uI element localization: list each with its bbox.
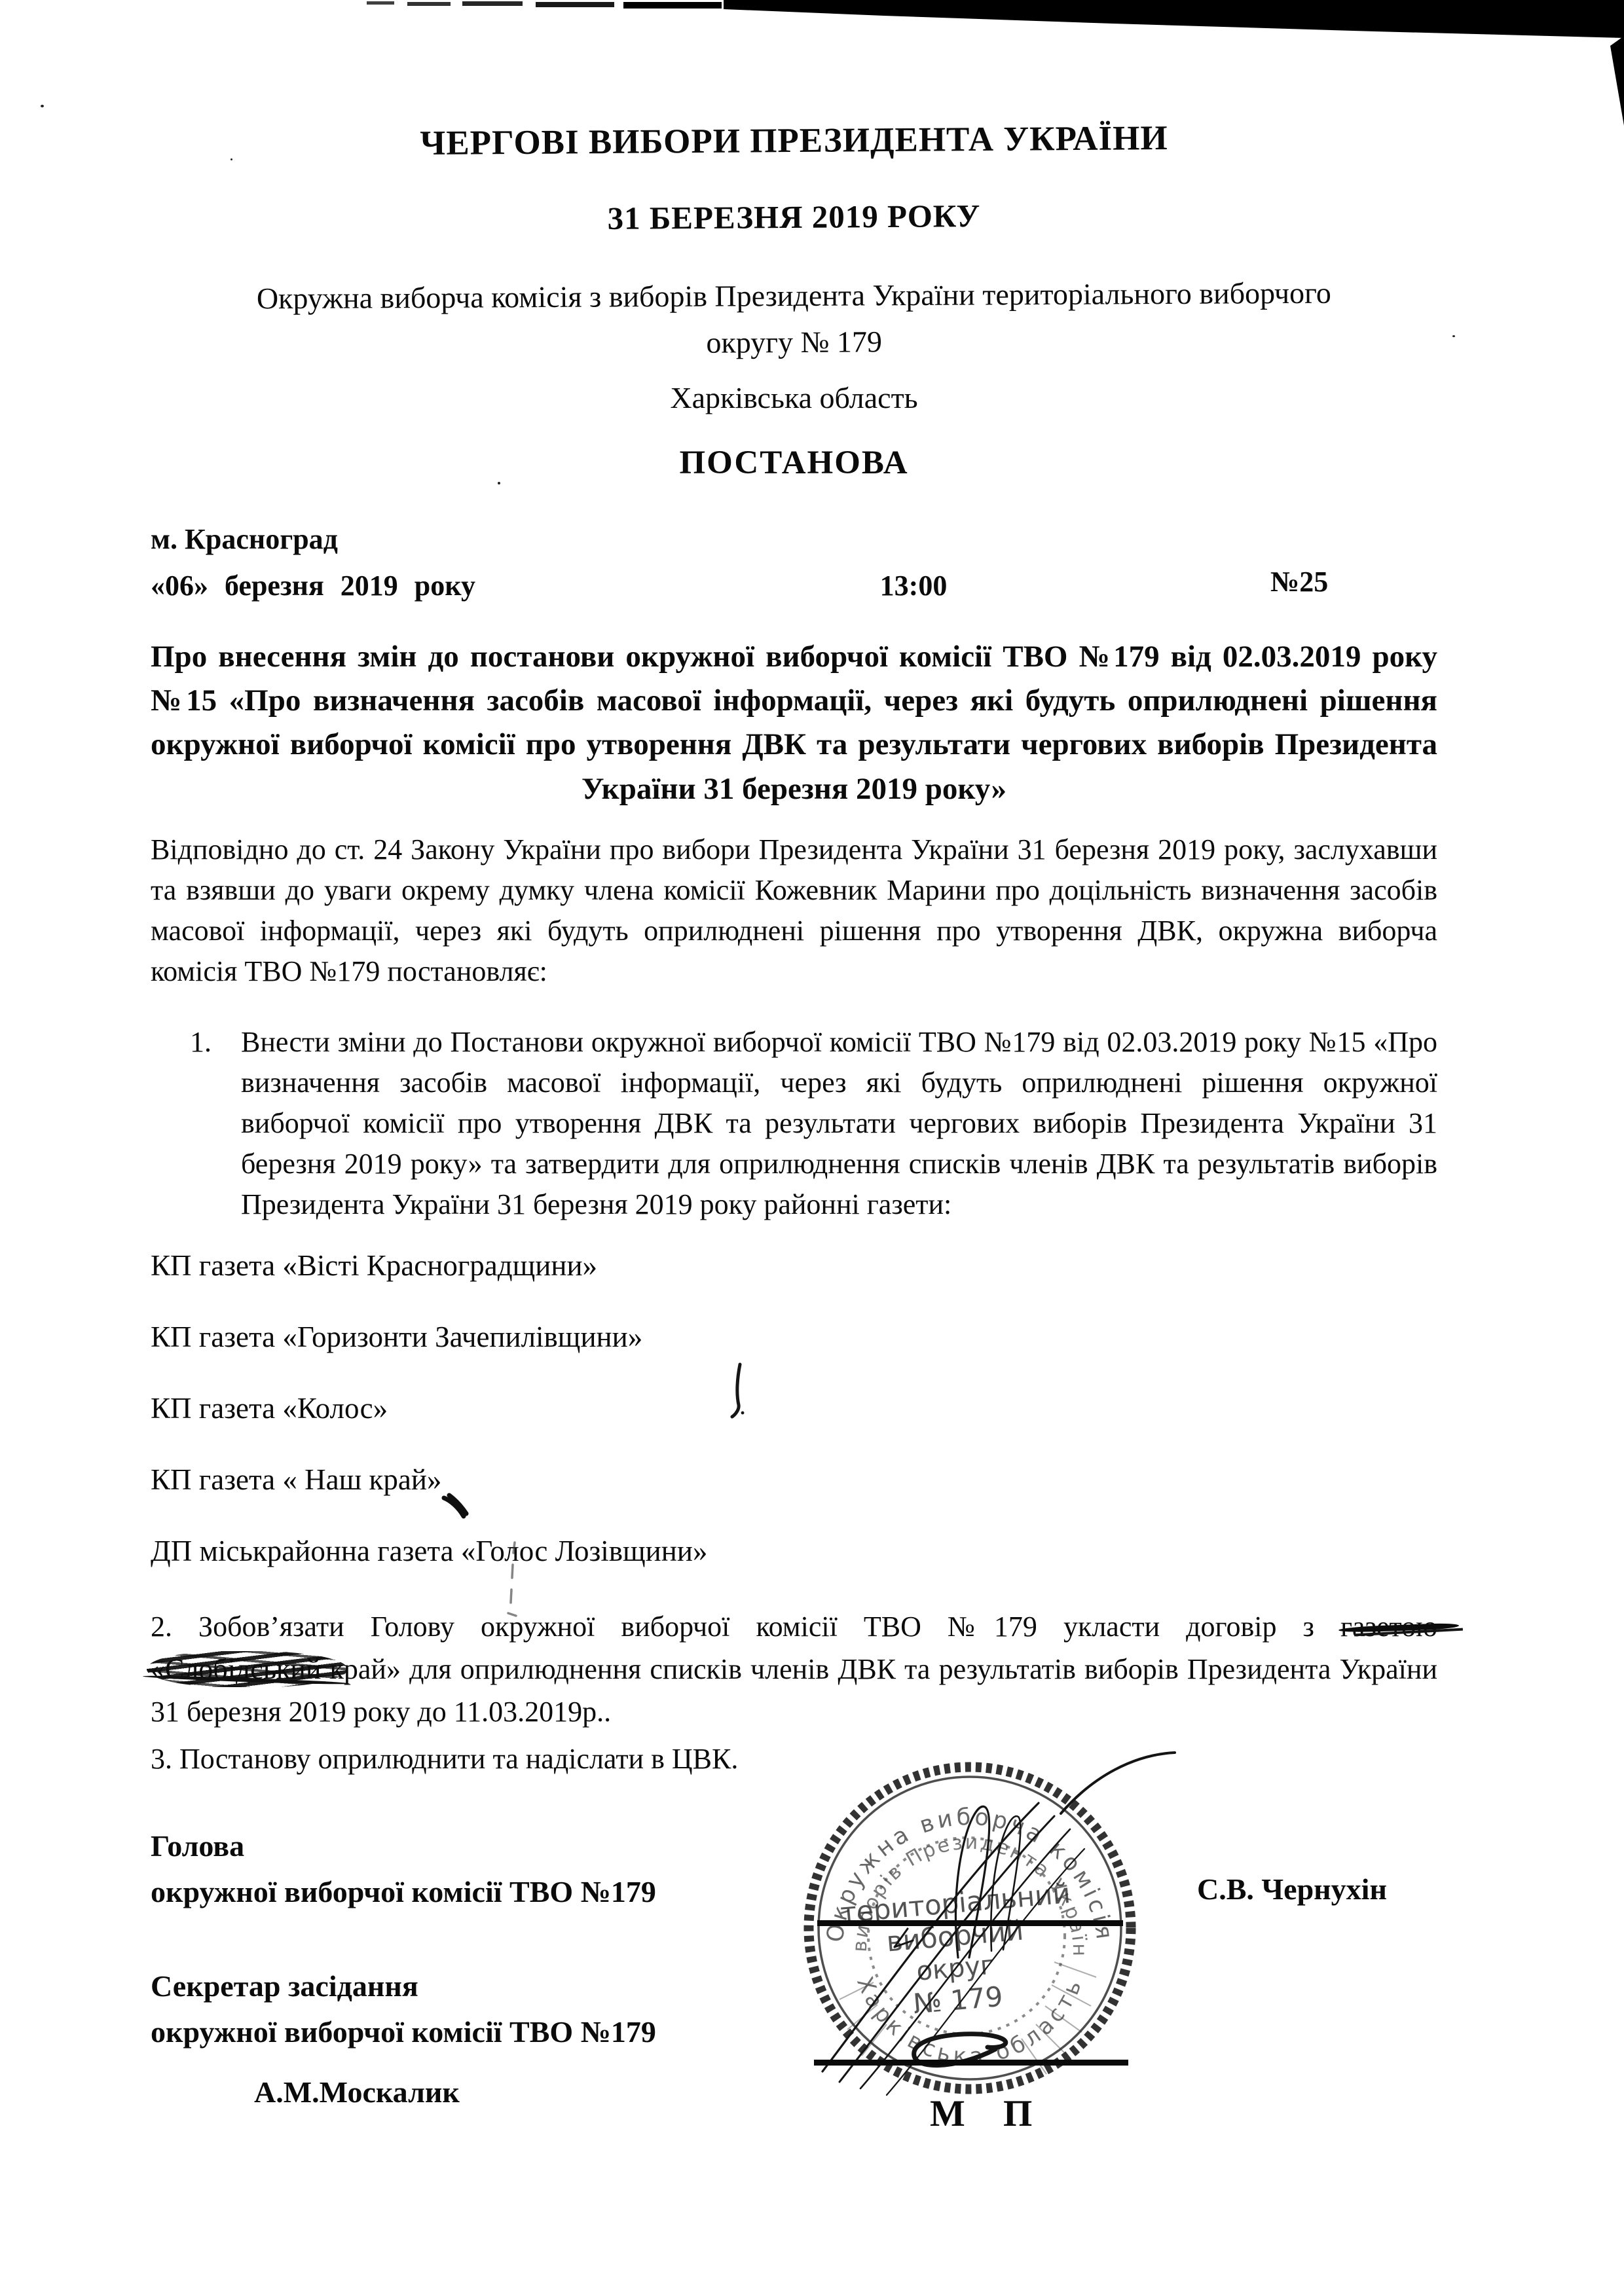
- signature-line-head: [817, 1920, 1123, 1926]
- head-role-line2: окружної виборчої комісії ТВО №179: [151, 1874, 656, 1910]
- secretary-role-line1: Секретар засідання: [151, 1968, 418, 2004]
- round-stamp-graphic: Окружна виборча комісія з виборів Презид…: [758, 1736, 1184, 2142]
- newspaper-list: КП газета «Вісті Красноградщини» КП газе…: [151, 1248, 1437, 1568]
- pen-mark: [728, 1362, 750, 1421]
- election-date-title: 31 БЕРЕЗНЯ 2019 РОКУ: [151, 194, 1437, 241]
- pen-mark: [504, 1540, 521, 1625]
- scribbled-out-text: «Слобідський к: [151, 1653, 344, 1685]
- head-role-line1: Голова: [151, 1828, 244, 1864]
- document-title: ЧЕРГОВІ ВИБОРИ ПРЕЗИДЕНТА УКРАЇНИ: [151, 117, 1437, 165]
- time-label: 13:00: [557, 569, 1270, 602]
- item-1-number: 1.: [190, 1022, 241, 1063]
- subject-paragraph: Про внесення змін до постанови окружної …: [151, 635, 1437, 811]
- pen-mark: [440, 1491, 470, 1525]
- scanned-document-page: ЧЕРГОВІ ВИБОРИ ПРЕЗИДЕНТА УКРАЇНИ 31 БЕР…: [0, 0, 1624, 2296]
- number-label: №25: [1270, 565, 1437, 598]
- seal-place-mark: М П: [930, 2092, 1046, 2135]
- stamp-center-line4: № 179: [912, 1980, 1004, 2020]
- item-2-lead: 2. Зобов’язати Голову окружної виборчої …: [151, 1611, 1314, 1643]
- head-name: С.В. Чернухін: [1197, 1871, 1387, 1907]
- round-stamp: Окружна виборча комісія з виборів Презид…: [758, 1736, 1184, 2142]
- item-1-text: Внести зміни до Постанови окружної вибор…: [241, 1026, 1437, 1220]
- signature-line-secretary: [814, 2060, 1128, 2066]
- secretary-name: А.М.Москалик: [254, 2074, 460, 2110]
- secretary-role-line2: окружної виборчої комісії ТВО №179: [151, 2014, 656, 2050]
- doc-type-heading: ПОСТАНОВА: [151, 444, 1437, 482]
- newspaper-item: КП газета «Колос»: [151, 1391, 1437, 1425]
- resolution-item-1: 1.Внести зміни до Постанови окружної виб…: [151, 1022, 1437, 1225]
- date-row: «06» березня 2019 року 13:00 №25: [151, 569, 1437, 602]
- newspaper-item: ДП міськрайонна газета «Голос Лозівщини»: [151, 1534, 1437, 1568]
- newspaper-item: КП газета «Вісті Красноградщини»: [151, 1248, 1437, 1283]
- newspaper-item: КП газета «Горизонти Зачепилівщини»: [151, 1320, 1437, 1354]
- city-label: м. Красноград: [151, 522, 1437, 556]
- newspaper-item: КП газета « Наш край»: [151, 1463, 1437, 1497]
- preamble-paragraph: Відповідно до ст. 24 Закону України про …: [151, 829, 1437, 992]
- commission-name: Окружна виборча комісія з виборів Презид…: [151, 269, 1438, 369]
- struck-out-word: газетою: [1340, 1611, 1437, 1643]
- document-body: ЧЕРГОВІ ВИБОРИ ПРЕЗИДЕНТА УКРАЇНИ 31 БЕР…: [0, 0, 1624, 1780]
- resolution-item-2: 2. Зобов’язати Голову окружної виборчої …: [151, 1605, 1437, 1733]
- region-name: Харківська область: [151, 380, 1437, 415]
